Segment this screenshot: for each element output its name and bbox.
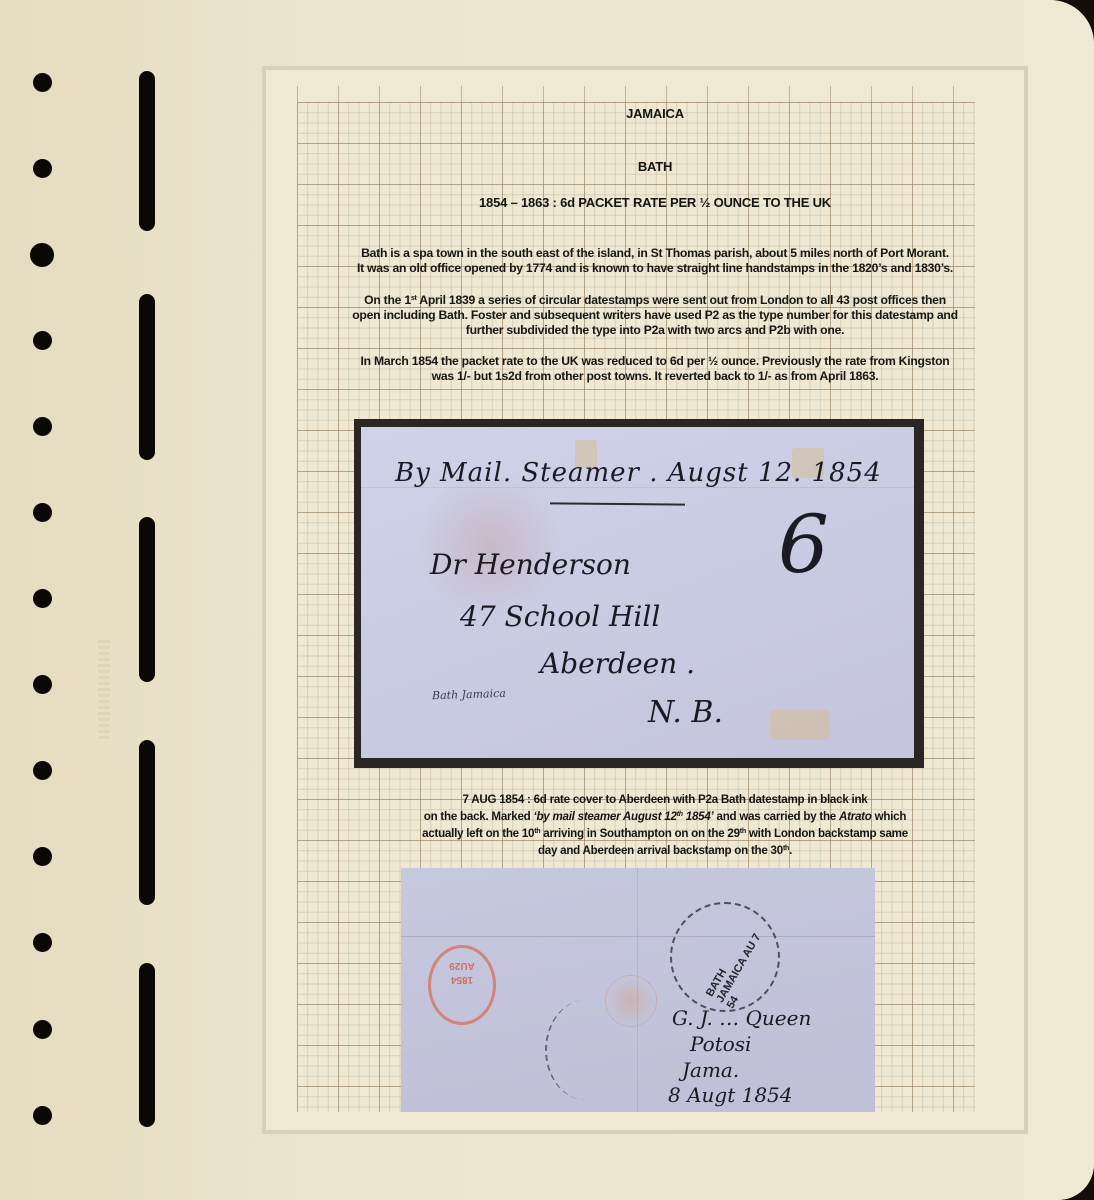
rate-heading: 1854 – 1863 : 6d PACKET RATE PER ½ OUNCE… (290, 195, 1020, 210)
album-page: JAMAICA BATH 1854 – 1863 : 6d PACKET RAT… (0, 0, 1094, 1200)
aberdeen-datestamp-arc (545, 1000, 627, 1100)
datestamp-paragraph: On the 1st April 1839 a series of circul… (290, 291, 1020, 338)
caption-text: 6d rate cover to Aberdeen with P2a Bath … (534, 793, 868, 806)
binder-hole (33, 503, 52, 522)
text-line: On the 1st April 1839 a series of circul… (290, 291, 1020, 308)
ship-name: Atrato (839, 810, 872, 823)
binder-hole (33, 933, 52, 952)
endorsement: By Mail. Steamer . Augst 12. 1854 (395, 458, 882, 488)
caption-date: 7 AUG 1854 (463, 793, 525, 806)
caption-text: and was carried by the (714, 810, 839, 823)
binder-hole (33, 73, 52, 92)
rate-paragraph: In March 1854 the packet rate to the UK … (290, 354, 1020, 384)
street-address: 47 School Hill (460, 600, 660, 633)
binder-hole (33, 1106, 52, 1125)
docket-line: Jama. (682, 1058, 739, 1082)
country-heading: JAMAICA (290, 106, 1020, 121)
text-line: further subdivided the type into P2a wit… (290, 323, 1020, 338)
text-line: open including Bath. Foster and subseque… (290, 308, 1020, 323)
binder-hole (33, 847, 52, 866)
faint-datestamp (420, 470, 560, 620)
cover-caption: 7 AUG 1854 : 6d rate cover to Aberdeen w… (340, 792, 990, 858)
bath-datestamp: BATH JAMAICA AU 7 54 (670, 902, 780, 1012)
caption-quote: ‘by mail steamer August 12th 1854’ (533, 810, 713, 823)
docket-line: G. J. … Queen (672, 1006, 811, 1030)
caption-text: which (872, 810, 907, 823)
caption-line: on the back. Marked ‘by mail steamer Aug… (340, 807, 990, 824)
pencil-note: Bath Jamaica (432, 687, 506, 703)
caption-text: on the back. Marked (424, 810, 534, 823)
rate-marking: 6 (778, 498, 829, 591)
binder-hole (33, 761, 52, 780)
binder-hole (33, 417, 52, 436)
hinge-stain (770, 710, 830, 740)
text-line: It was an old office opened by 1774 and … (290, 261, 1020, 276)
office-heading: BATH (290, 159, 1020, 174)
text-line: In March 1854 the packet rate to the UK … (290, 354, 1020, 369)
caption-line: day and Aberdeen arrival backstamp on th… (340, 841, 990, 858)
binder-slot (139, 740, 155, 905)
binder-hole (33, 1020, 52, 1039)
intro-paragraph: Bath is a spa town in the south east of … (290, 246, 1020, 276)
docket-line: 8 Augt 1854 (668, 1083, 793, 1107)
red-london-datestamp: 1854 AU29 (428, 945, 496, 1025)
binder-slot (139, 71, 155, 231)
grid-ticks (297, 86, 975, 102)
binder-hole (30, 243, 54, 267)
binder-slot (139, 294, 155, 460)
caption-line: 7 AUG 1854 : 6d rate cover to Aberdeen w… (340, 792, 990, 807)
text-line: Bath is a spa town in the south east of … (290, 246, 1020, 261)
binder-hole (33, 159, 52, 178)
binder-slot (139, 517, 155, 682)
margin-imprint (98, 640, 110, 740)
fold-line (401, 936, 875, 937)
region: N. B. (648, 695, 723, 730)
binder-slot (139, 963, 155, 1127)
binder-hole (33, 589, 52, 608)
binder-hole (33, 331, 52, 350)
caption-line: actually left on the 10th arriving in So… (340, 824, 990, 841)
city: Aberdeen . (540, 647, 695, 680)
docket-line: Potosi (690, 1032, 751, 1056)
datestamp-text: 1854 AU29 (445, 958, 479, 986)
text-line: was 1/- but 1s2d from other post towns. … (290, 369, 1020, 384)
binder-hole (33, 675, 52, 694)
addressee: Dr Henderson (430, 548, 631, 581)
